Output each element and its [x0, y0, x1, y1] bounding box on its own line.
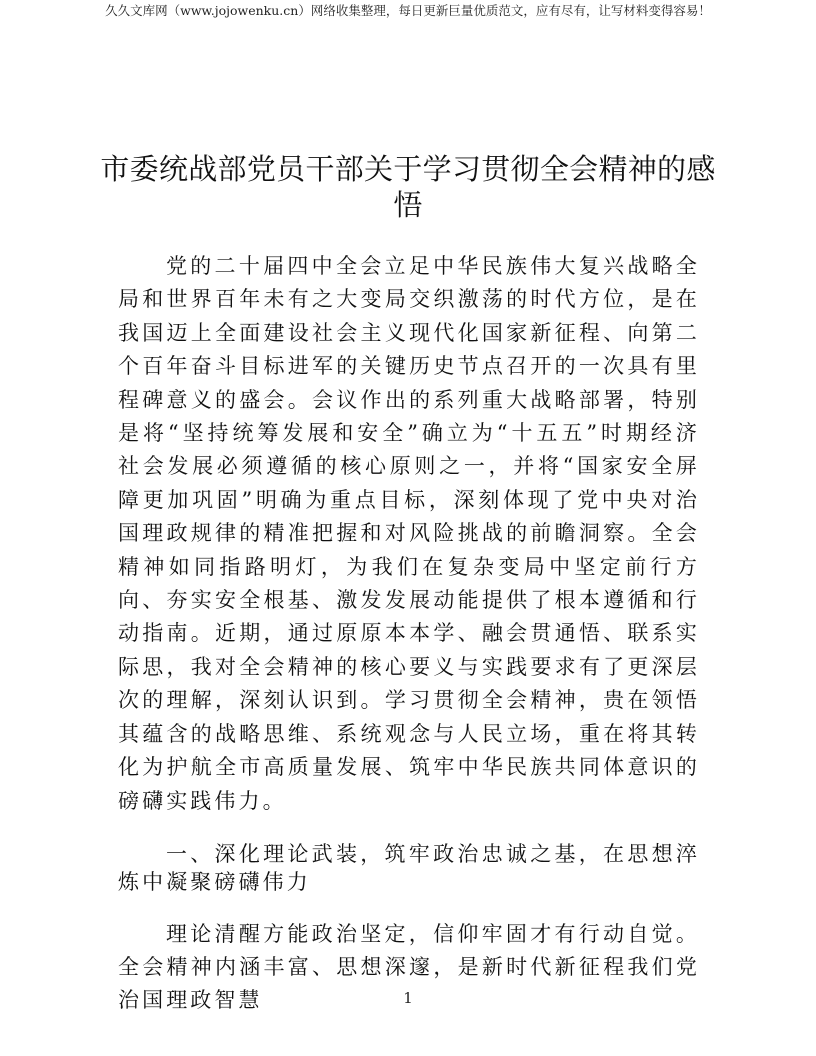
watermark-header: 久久文库网（www.jojowenku.cn）网络收集整理，每日更新巨量优质范文… [0, 2, 816, 20]
section-heading-1: 一、深化理论武装，筑牢政治忠诚之基，在思想淬炼中凝聚磅礴伟力 [118, 840, 700, 896]
intro-paragraph: 党的二十届四中全会立足中华民族伟大复兴战略全局和世界百年未有之大变局交织激荡的时… [118, 250, 700, 818]
page-title: 市委统战部党员干部关于学习贯彻全会精神的感悟 [100, 151, 716, 223]
page-number: 1 [0, 988, 816, 1008]
document-body: 党的二十届四中全会立足中华民族伟大复兴战略全局和世界百年未有之大变局交织激荡的时… [118, 250, 700, 1017]
page-title-text: 市委统战部党员干部关于学习贯彻全会精神的感悟 [100, 152, 715, 222]
